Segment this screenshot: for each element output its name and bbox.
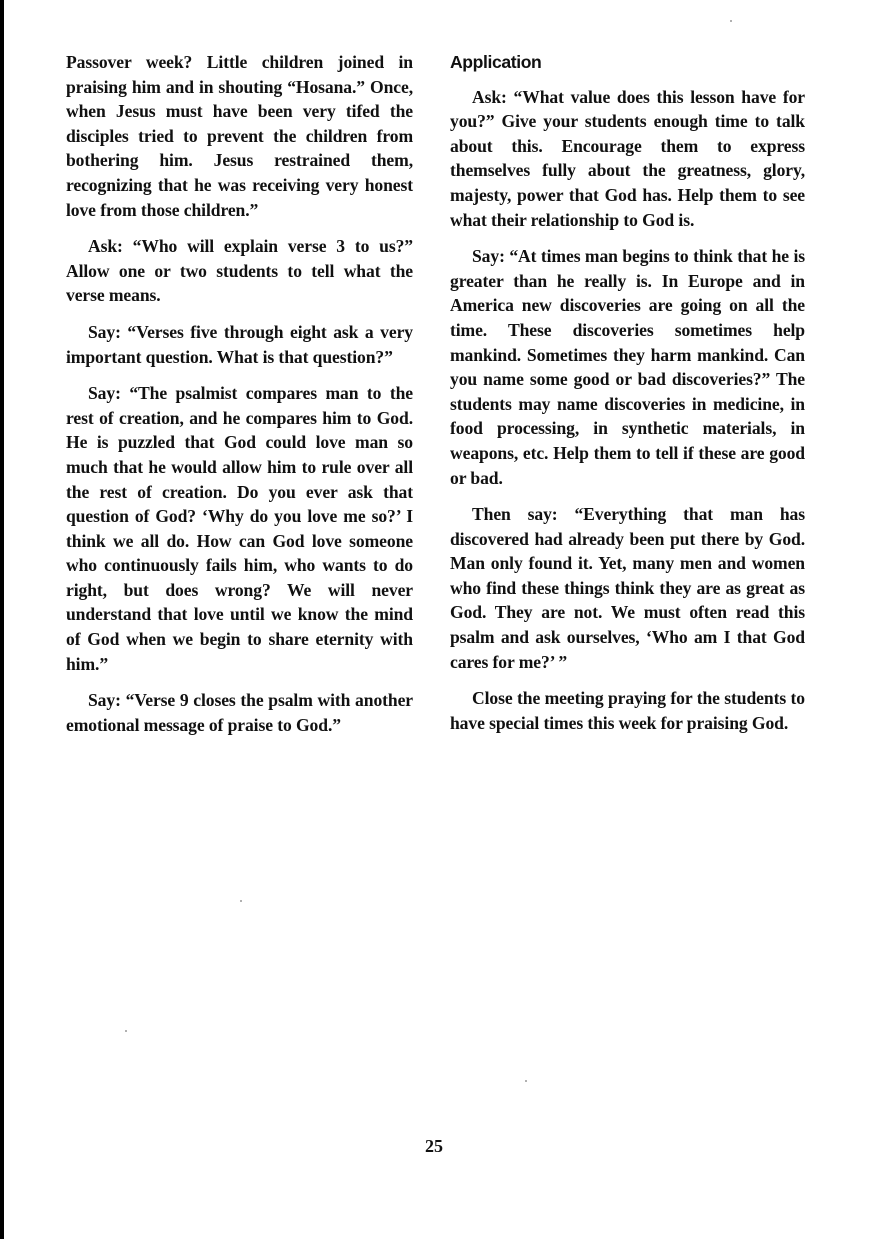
scan-speck [125,1030,127,1032]
paragraph-passover: Passover week? Little children joined in… [66,50,413,222]
scan-speck [525,1080,527,1082]
paragraph-everything: Then say: “Everything that man has disco… [450,502,805,674]
paragraph-lesson-value: Ask: “What value does this lesson have f… [450,85,805,233]
paragraph-verses-5-8: Say: “Verses five through eight ask a ve… [66,320,413,369]
scan-speck [240,900,242,902]
left-column: Passover week? Little children joined in… [66,50,413,749]
scan-border [0,0,4,1239]
paragraph-verse-9: Say: “Verse 9 closes the psalm with anot… [66,688,413,737]
section-heading-application: Application [450,50,805,75]
paragraph-verse-3: Ask: “Who will explain verse 3 to us?” A… [66,234,413,308]
paragraph-psalmist: Say: “The psalmist compares man to the r… [66,381,413,676]
page-number: 25 [425,1136,443,1157]
scan-speck [730,20,732,22]
paragraph-close-meeting: Close the meeting praying for the studen… [450,686,805,735]
right-column: Application Ask: “What value does this l… [450,50,805,747]
paragraph-discoveries: Say: “At times man begins to think that … [450,244,805,490]
